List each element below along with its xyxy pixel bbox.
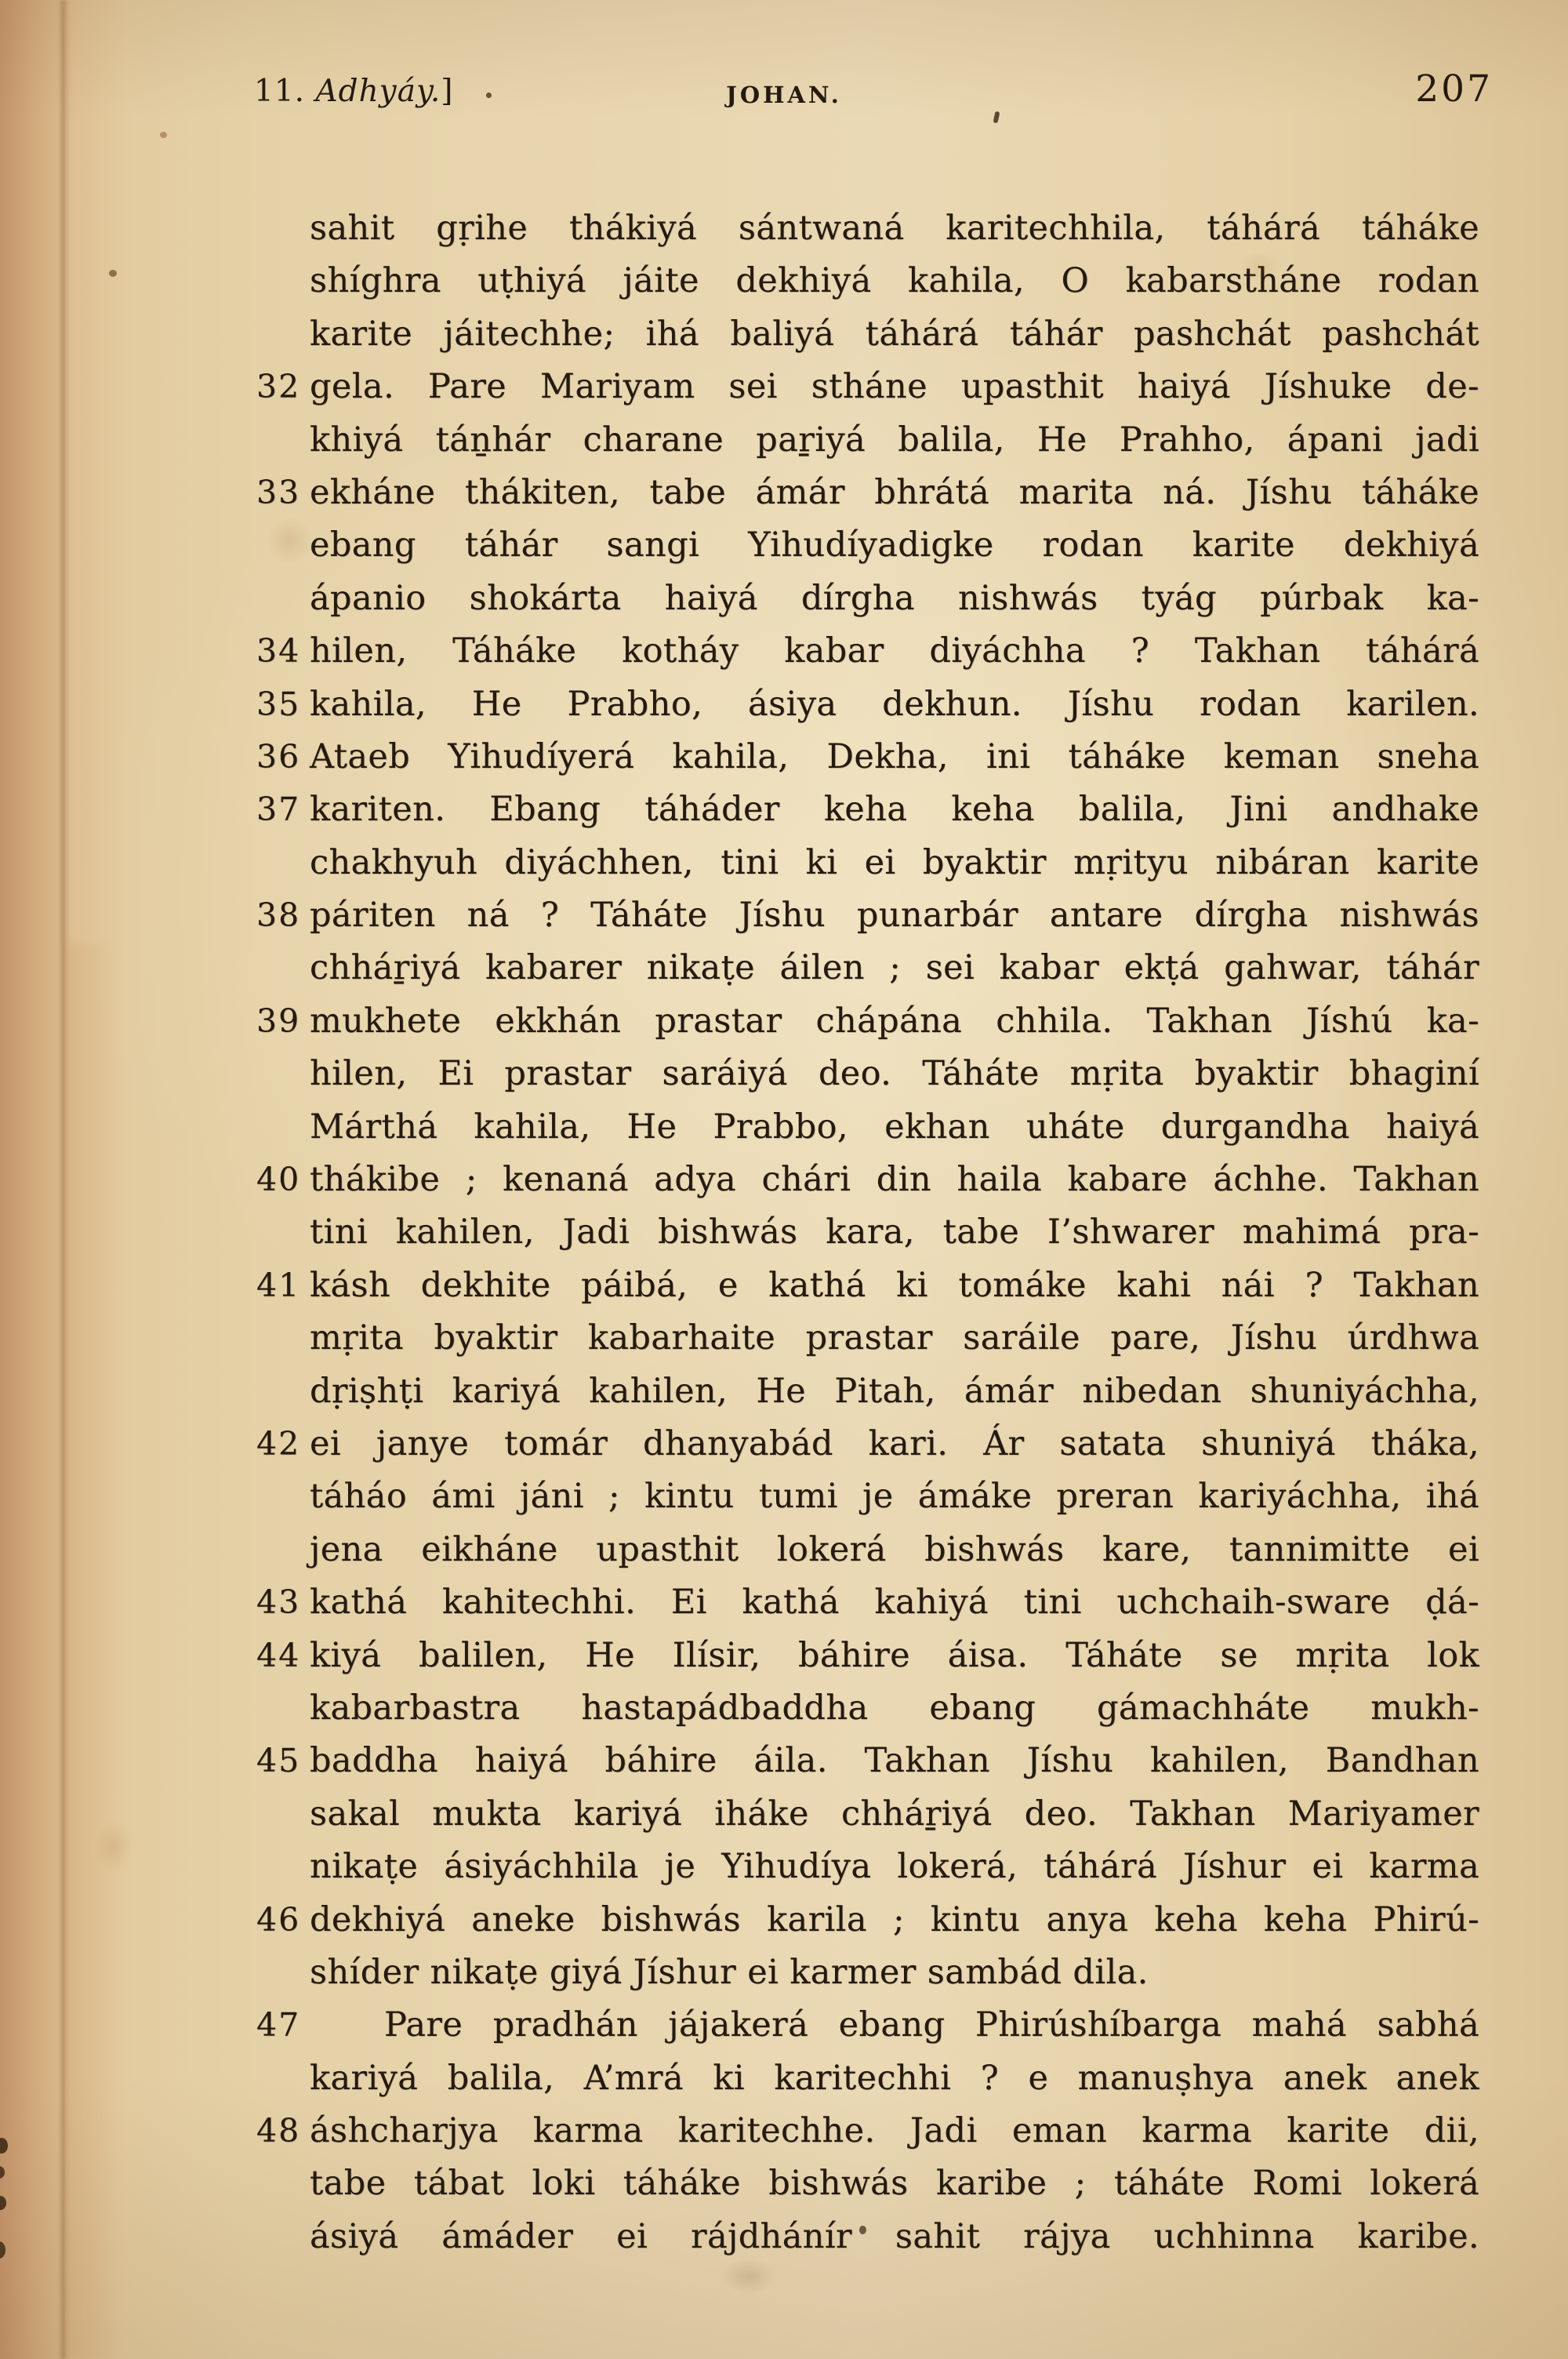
verse-number: 38 <box>256 889 305 942</box>
line-text: chháṟiyá kabarer nikaṭe áilen ; sei kaba… <box>310 942 1479 994</box>
line-text: gela. Pare Mariyam sei stháne upasthit h… <box>310 361 1479 413</box>
running-title: JOHAN. <box>0 82 1568 108</box>
line-text: sahit gṛihe thákiyá sántwaná karitechhil… <box>310 202 1479 255</box>
text-line: 47 Pare pradhán jájakerá ebang Phirúshíb… <box>310 1999 1479 2052</box>
line-text: tini kahilen, Jadi bishwás kara, tabe I’… <box>310 1206 1479 1259</box>
text-line: 35 kahila, He Prabho, ásiya dekhun. Jísh… <box>310 678 1479 731</box>
text-line: 36 Ataeb Yihudíyerá kahila, Dekha, ini t… <box>310 731 1479 783</box>
line-text: dekhiyá aneke bishwás karila ; kintu any… <box>310 1894 1479 1946</box>
ink-speck <box>859 2226 866 2234</box>
line-text: kabarbastra hastapádbaddha ebang gámachh… <box>310 1682 1479 1735</box>
verse-number: 48 <box>256 2105 305 2157</box>
book-page: 11. Adhyáy.] JOHAN. 207 sahit gṛihe thák… <box>0 0 1568 2359</box>
verse-number: 41 <box>256 1259 305 1312</box>
text-line: karite jáitechhe; ihá baliyá táhárá táhá… <box>310 308 1479 361</box>
text-line: tabe tábat loki táháke bishwás karibe ; … <box>310 2157 1479 2210</box>
text-line: tini kahilen, Jadi bishwás kara, tabe I’… <box>310 1206 1479 1259</box>
text-line: nikaṭe ásiyáchhila je Yihudíya lokerá, t… <box>310 1841 1479 1893</box>
line-text: mṛita byaktir kabarhaite prastar saráile… <box>310 1312 1479 1365</box>
ink-speck <box>109 270 117 277</box>
text-line: 33 ekháne thákiten, tabe ámár bhrátá mar… <box>310 467 1479 519</box>
text-line: kariyá balila, A’mrá ki karitechhi ? e m… <box>310 2052 1479 2105</box>
foxing-stain <box>94 1819 133 1874</box>
line-text: kásh dekhite páibá, e kathá ki tomáke ka… <box>310 1259 1479 1312</box>
ink-speck <box>0 2166 5 2179</box>
text-line: 44 kiyá balilen, He Ilísir, báhire áisa.… <box>310 1630 1479 1682</box>
verse-number: 35 <box>256 678 305 731</box>
text-line: 39 mukhete ekkhán prastar chápána chhila… <box>310 995 1479 1048</box>
text-line: 34 hilen, Táháke kotháy kabar diyáchha ?… <box>310 625 1479 678</box>
line-text: áshcharjya karma karitechhe. Jadi eman k… <box>310 2105 1479 2157</box>
line-text: kathá kahitechhi. Ei kathá kahiyá tini u… <box>310 1576 1479 1629</box>
text-line: shíghra uṭhiyá jáite dekhiyá kahila, O k… <box>310 255 1479 307</box>
text-line: Márthá kahila, He Prabbo, ekhan uháte du… <box>310 1101 1479 1154</box>
text-line: shíder nikaṭe giyá Jíshur ei karmer samb… <box>310 1946 1479 1999</box>
line-text: shíghra uṭhiyá jáite dekhiyá kahila, O k… <box>310 255 1479 307</box>
ink-speck <box>0 2138 8 2154</box>
text-line: dṛiṣhṭi kariyá kahilen, He Pitah, ámár n… <box>310 1365 1479 1418</box>
text-line: 46 dekhiyá aneke bishwás karila ; kintu … <box>310 1894 1479 1946</box>
line-text: hilen, Táháke kotháy kabar diyáchha ? Ta… <box>310 625 1479 678</box>
verse-text-block: sahit gṛihe thákiyá sántwaná karitechhil… <box>310 202 1479 2263</box>
verse-number: 43 <box>256 1576 305 1629</box>
verse-number: 36 <box>256 731 305 783</box>
text-line: 32 gela. Pare Mariyam sei stháne upasthi… <box>310 361 1479 413</box>
line-text: dṛiṣhṭi kariyá kahilen, He Pitah, ámár n… <box>310 1365 1479 1418</box>
verse-number: 32 <box>256 361 305 413</box>
line-text: sakal mukta kariyá iháke chháṟiyá deo. T… <box>310 1788 1479 1841</box>
line-text: baddha haiyá báhire áila. Takhan Jíshu k… <box>310 1735 1479 1787</box>
ink-speck <box>0 2196 6 2210</box>
text-line: ebang táhár sangi Yihudíyadigke rodan ka… <box>310 519 1479 572</box>
verse-number: 44 <box>256 1630 305 1682</box>
line-text: Márthá kahila, He Prabbo, ekhan uháte du… <box>310 1101 1479 1154</box>
verse-number: 42 <box>256 1418 305 1470</box>
verse-number: 33 <box>256 467 305 519</box>
verse-number: 37 <box>256 783 305 836</box>
line-text: Ataeb Yihudíyerá kahila, Dekha, ini táhá… <box>310 731 1479 783</box>
line-text: táháo ámi jáni ; kintu tumi je ámáke pre… <box>310 1470 1479 1523</box>
verse-number: 46 <box>256 1894 305 1946</box>
line-text: chakhyuh diyáchhen, tini ki ei byaktir m… <box>310 837 1479 889</box>
text-line: 45 baddha haiyá báhire áila. Takhan Jísh… <box>310 1735 1479 1787</box>
text-line: 43 kathá kahitechhi. Ei kathá kahiyá tin… <box>310 1576 1479 1629</box>
foxing-stain <box>721 2259 776 2294</box>
line-text: khiyá táṉhár charane paṟiyá balila, He P… <box>310 414 1479 467</box>
text-line: 37 kariten. Ebang táháder keha keha bali… <box>310 783 1479 836</box>
line-text: ekháne thákiten, tabe ámár bhrátá marita… <box>310 467 1479 519</box>
text-line: chháṟiyá kabarer nikaṭe áilen ; sei kaba… <box>310 942 1479 994</box>
page-number: 207 <box>1415 67 1493 111</box>
line-text: shíder nikaṭe giyá Jíshur ei karmer samb… <box>310 1946 1479 1999</box>
line-text: mukhete ekkhán prastar chápána chhila. T… <box>310 995 1479 1048</box>
text-line: hilen, Ei prastar saráiyá deo. Táháte mṛ… <box>310 1048 1479 1100</box>
page-gutter-shading <box>69 943 124 2359</box>
foxing-stain <box>1239 251 1282 282</box>
line-text: ápanio shokárta haiyá dírgha nishwás tyá… <box>310 572 1479 625</box>
text-line: 48 áshcharjya karma karitechhe. Jadi ema… <box>310 2105 1479 2157</box>
line-text: Pare pradhán jájakerá ebang Phirúshíbarg… <box>310 1999 1479 2052</box>
line-text: karite jáitechhe; ihá baliyá táhárá táhá… <box>310 308 1479 361</box>
line-text: páriten ná ? Táháte Jíshu punarbár antar… <box>310 889 1479 942</box>
verse-number: 47 <box>256 1999 305 2052</box>
line-text: hilen, Ei prastar saráiyá deo. Táháte mṛ… <box>310 1048 1479 1100</box>
text-line: khiyá táṉhár charane paṟiyá balila, He P… <box>310 414 1479 467</box>
verse-number: 34 <box>256 625 305 678</box>
line-text: ebang táhár sangi Yihudíyadigke rodan ka… <box>310 519 1479 572</box>
text-line: ápanio shokárta haiyá dírgha nishwás tyá… <box>310 572 1479 625</box>
text-line: 42 ei janye tomár dhanyabád kari. Ár sat… <box>310 1418 1479 1470</box>
text-line: 38 páriten ná ? Táháte Jíshu punarbár an… <box>310 889 1479 942</box>
line-text: kariyá balila, A’mrá ki karitechhi ? e m… <box>310 2052 1479 2105</box>
ink-speck <box>0 2241 5 2259</box>
text-line: chakhyuh diyáchhen, tini ki ei byaktir m… <box>310 837 1479 889</box>
text-line: 40 thákibe ; kenaná adya chári din haila… <box>310 1154 1479 1206</box>
line-text: kariten. Ebang táháder keha keha balila,… <box>310 783 1479 836</box>
line-text: tabe tábat loki táháke bishwás karibe ; … <box>310 2157 1479 2210</box>
text-line: jena eikháne upasthit lokerá bishwás kar… <box>310 1524 1479 1576</box>
ink-speck <box>486 93 492 98</box>
verse-number: 40 <box>256 1154 305 1206</box>
line-text: kiyá balilen, He Ilísir, báhire áisa. Tá… <box>310 1630 1479 1682</box>
line-text: jena eikháne upasthit lokerá bishwás kar… <box>310 1524 1479 1576</box>
verse-number: 45 <box>256 1735 305 1787</box>
line-text: kahila, He Prabho, ásiya dekhun. Jíshu r… <box>310 678 1479 731</box>
line-text: nikaṭe ásiyáchhila je Yihudíya lokerá, t… <box>310 1841 1479 1893</box>
ink-speck <box>160 132 167 138</box>
text-line: táháo ámi jáni ; kintu tumi je ámáke pre… <box>310 1470 1479 1523</box>
text-line: sahit gṛihe thákiyá sántwaná karitechhil… <box>310 202 1479 255</box>
text-line: 41 kásh dekhite páibá, e kathá ki tomáke… <box>310 1259 1479 1312</box>
verse-number: 39 <box>256 995 305 1048</box>
text-line: ásiyá ámáder ei rájdhánír sahit rájya uc… <box>310 2211 1479 2263</box>
line-text: ásiyá ámáder ei rájdhánír sahit rájya uc… <box>310 2211 1479 2263</box>
text-line: mṛita byaktir kabarhaite prastar saráile… <box>310 1312 1479 1365</box>
line-text: thákibe ; kenaná adya chári din haila ka… <box>310 1154 1479 1206</box>
page-header: 11. Adhyáy.] JOHAN. 207 <box>0 67 1568 122</box>
text-line: kabarbastra hastapádbaddha ebang gámachh… <box>310 1682 1479 1735</box>
foxing-stain <box>267 518 314 565</box>
line-text: ei janye tomár dhanyabád kari. Ár satata… <box>310 1418 1479 1470</box>
text-line: sakal mukta kariyá iháke chháṟiyá deo. T… <box>310 1788 1479 1841</box>
